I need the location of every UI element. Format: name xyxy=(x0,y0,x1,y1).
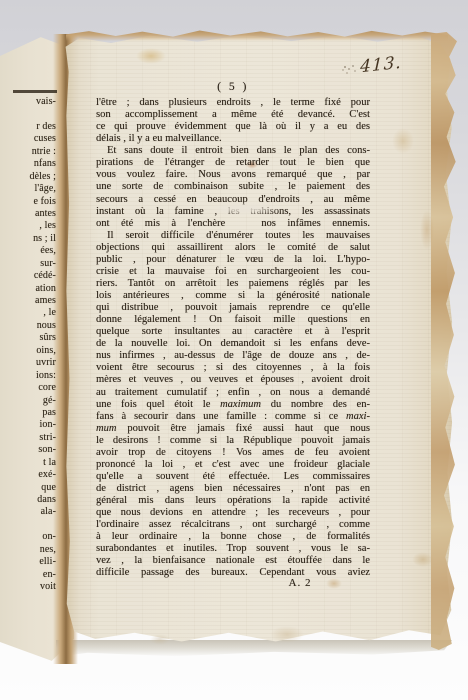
verso-fragment-line: , le xyxy=(4,307,56,319)
verso-fragment-line: que xyxy=(4,482,56,494)
verso-fragment-line: cuses xyxy=(4,133,56,145)
verso-fragment-line: antes xyxy=(4,208,56,220)
body-line: quelque sorte insultantes au caractère e… xyxy=(96,326,370,338)
photo-backdrop: vais- r descusesntrie :nfansdèles ;l'âge… xyxy=(0,0,468,700)
body-line: surabondantes et inutiles. Trop souvent … xyxy=(96,543,370,555)
body-line: l'ordinaire assez récalcitrans , ont sur… xyxy=(96,519,370,531)
verso-fragment-line: voit xyxy=(4,581,56,593)
body-line: public , pour dénaturer le vœu de la loi… xyxy=(96,254,370,266)
body-line: voient être secourus ; si des citoyennes… xyxy=(96,362,370,374)
verso-fragment-line: ns ; il xyxy=(4,233,56,245)
verso-fragment-line: ames xyxy=(4,295,56,307)
body-line: l'être ; dans plusieurs endroits , le te… xyxy=(96,97,370,109)
verso-fragment-line: son- xyxy=(4,444,56,456)
verso-fragment-line: ation xyxy=(4,283,56,295)
verso-fragment-line: exé- xyxy=(4,469,56,481)
body-line: vez , la bienfaisance nationale est étou… xyxy=(96,555,370,567)
verso-fragment-line xyxy=(4,108,56,120)
body-line: nus infirmes , au-dessus de l'âge de dou… xyxy=(96,350,370,362)
body-line: ont été mis à l'enchèrenos infâmes ennem… xyxy=(96,218,370,230)
page-number: ( 5 ) xyxy=(96,81,370,93)
body-line: avoir trop de citoyens ! Vos ames de feu… xyxy=(96,447,370,459)
deckle-edge-top xyxy=(66,30,448,41)
verso-fragment-line: e fois xyxy=(4,196,56,208)
body-line: de district , agens bien nécessaires , n… xyxy=(96,483,370,495)
body-line: secours a cessé en beaucoup d'endroits ,… xyxy=(96,194,370,206)
body-line: objections qui assaillirent alors le com… xyxy=(96,242,370,254)
verso-fragment-line: stri- xyxy=(4,432,56,444)
body-line: crisie et la mauvaise foi en surchargeoi… xyxy=(96,266,370,278)
body-line: lois antérieures , comme si la générosit… xyxy=(96,290,370,302)
verso-fragment-line: ions: xyxy=(4,370,56,382)
verso-fragment-line: gé- xyxy=(4,395,56,407)
verso-fragment-line: nous xyxy=(4,320,56,332)
body-line: pirations de l'étranger de retarder tout… xyxy=(96,157,370,169)
verso-fragment-line: oins, xyxy=(4,345,56,357)
verso-fragment-line: , les xyxy=(4,220,56,232)
verso-fragment-line: vais- xyxy=(4,96,56,108)
body-line: le desirons ! comme si la République pou… xyxy=(96,435,370,447)
body-text: l'être ; dans plusieurs endroits , le te… xyxy=(96,97,370,580)
verso-fragment-line: sûrs xyxy=(4,332,56,344)
body-line: son accomplissement a même été devancé. … xyxy=(96,109,370,121)
verso-fragment-line: elli- xyxy=(4,556,56,568)
verso-fragment-line: nes, xyxy=(4,544,56,556)
verso-fragment-line: ala- xyxy=(4,506,56,518)
body-line: à leur ordinaire , la bonne chose , de f… xyxy=(96,531,370,543)
verso-fragment-line xyxy=(4,519,56,531)
signature-mark: A. 2 xyxy=(268,577,332,589)
deckle-edge-right xyxy=(431,32,457,650)
body-line: instant où la famine , les trahisons, le… xyxy=(96,206,370,218)
body-line: général mis dans leurs opérations la rap… xyxy=(96,495,370,507)
verso-fragment-line: ntrie : xyxy=(4,146,56,158)
body-line: Il seroit difficile d'énumérer toutes le… xyxy=(96,230,370,242)
body-line: Et sans doute il entroit bien dans le pl… xyxy=(96,145,370,157)
verso-fragment-line: ion- xyxy=(4,419,56,431)
verso-fragment-line: core xyxy=(4,382,56,394)
body-line: prononcé la loi , et c'est avec une froi… xyxy=(96,459,370,471)
body-line: mum pouvoit être jamais fixé aussi haut … xyxy=(96,423,370,435)
verso-fragment-line: sur- xyxy=(4,258,56,270)
verso-fragment-line: nfans xyxy=(4,158,56,170)
body-line: mères et veuves , ou veuves et épouses ,… xyxy=(96,374,370,386)
verso-fragment-line: cédé- xyxy=(4,270,56,282)
verso-fragment-line: dèles ; xyxy=(4,171,56,183)
divider-rule xyxy=(13,90,57,93)
verso-fragment-line: l'âge, xyxy=(4,183,56,195)
body-line: au traitement cumulatif ; enfin , on nou… xyxy=(96,387,370,399)
verso-fragment-line: pas xyxy=(4,407,56,419)
verso-fragment-line: t la xyxy=(4,457,56,469)
body-line: que nous devions en attendre ; les recev… xyxy=(96,507,370,519)
verso-fragment-line: dans xyxy=(4,494,56,506)
body-line: vous voulez faire. Nous avons remarqué q… xyxy=(96,169,370,181)
body-line: donne légalement ! On faisoit mille ques… xyxy=(96,314,370,326)
verso-fragment-line: on- xyxy=(4,531,56,543)
body-line: qu'elle a souvent été effectuée. Les com… xyxy=(96,471,370,483)
ink-speckles xyxy=(344,66,346,68)
verso-text-fragments: vais- r descusesntrie :nfansdèles ;l'âge… xyxy=(4,96,56,594)
body-line: de la nouvelle loi. On demandoit si les … xyxy=(96,338,370,350)
body-line: fans à secourir dans une famille : comme… xyxy=(96,411,370,423)
body-line: qui distribue , pouvoit jamais reprendre… xyxy=(96,302,370,314)
body-line: une fois quel étoit le maximum du nombre… xyxy=(96,399,370,411)
page-stack-edge xyxy=(56,640,452,657)
body-line: une sorte de combinaison subite , le pai… xyxy=(96,181,370,193)
verso-fragment-line: ées, xyxy=(4,245,56,257)
verso-fragment-line: r des xyxy=(4,121,56,133)
body-line: riers. Tantôt on arrêtoit les paiemens r… xyxy=(96,278,370,290)
body-line: ce qui prouve évidemment que là où il y … xyxy=(96,121,370,133)
verso-fragment-line: uvrir xyxy=(4,357,56,369)
body-line: délais , il y a eu malveillance. xyxy=(96,133,370,145)
verso-fragment-line: en- xyxy=(4,569,56,581)
